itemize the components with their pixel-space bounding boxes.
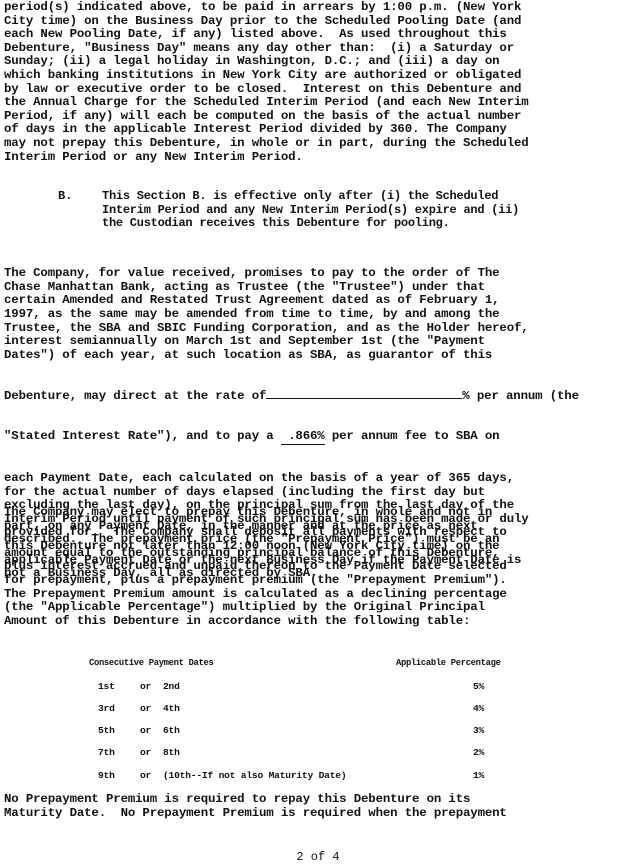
applicable-percentage: 4% [473,703,484,714]
paragraph-interest-computation: period(s) indicated above, to be paid in… [4,1,636,164]
text-line: Trustee, the SBA and SBIC Funding Corpor… [4,322,636,336]
rate-line: Debenture, may direct at the rate of% pe… [4,390,636,404]
text-line: The Company may elect to prepay this Deb… [4,506,636,520]
text-line: Period, if any) will each be computed on… [4,110,636,124]
text-line: Interim Period and any New Interim Perio… [102,204,519,218]
text-line: amount equal to the outstanding principa… [4,547,636,561]
text-line: of days in the applicable Interest Perio… [4,123,636,137]
text-line: by law or executive order to be closed. … [4,83,636,97]
text-line: Interim Period or any New Interim Period… [4,151,636,165]
payment-from: 9th [98,770,115,781]
text-line: 1997, as the same may be amended from ti… [4,308,636,322]
text-line: Amount of this Debenture in accordance w… [4,615,636,629]
table-header-payment-dates: Consecutive Payment Dates [89,658,213,668]
applicable-percentage: 5% [473,681,484,692]
payment-from: 5th [98,725,115,736]
text-line: certain Amended and Restated Trust Agree… [4,294,636,308]
fee-line: "Stated Interest Rate"), and to pay a .8… [4,430,636,445]
payment-to: 4th [163,703,180,714]
text-line: which banking institutions in New York C… [4,69,636,83]
text-line: Dates") of each year, at such location a… [4,349,636,363]
text-line: City time) on the Business Day prior to … [4,15,636,29]
text-line: Debenture, "Business Day" means any day … [4,42,636,56]
or-word: or [140,703,151,714]
applicable-percentage: 1% [473,770,484,781]
payment-to: 6th [163,725,180,736]
text-line: Chase Manhattan Bank, acting as Trustee … [4,281,636,295]
text-line: may not prepay this Debenture, in whole … [4,137,636,151]
page-number: 2 of 4 [0,850,636,864]
text-line: the Custodian receives this Debenture fo… [102,217,519,231]
payment-to: 2nd [163,681,180,692]
annual-fee-value: .866% [281,430,325,445]
interest-rate-blank [266,398,462,399]
text-line: (the "Applicable Percentage") multiplied… [4,601,636,615]
text-line: This Section B. is effective only after … [102,190,519,204]
text-line: plus interest accrued and unpaid thereon… [4,560,636,574]
section-b-text: This Section B. is effective only after … [102,190,519,231]
table-header-applicable-percentage: Applicable Percentage [396,658,501,668]
text-line: The Prepayment Premium amount is calcula… [4,588,636,602]
text-line: No Prepayment Premium is required to rep… [4,793,636,807]
payment-from: 3rd [98,703,115,714]
text-line: The Company, for value received, promise… [4,267,636,281]
text-line: Sunday; (ii) a legal holiday in Washingt… [4,55,636,69]
text-line: interest semiannually on March 1st and S… [4,335,636,349]
text-line: part, on any Payment Date, in the manner… [4,520,636,534]
text-line: Maturity Date. No Prepayment Premium is … [4,807,636,821]
paragraph-maturity: No Prepayment Premium is required to rep… [4,793,636,820]
text-line: described. The prepayment price (the "Pr… [4,533,636,547]
text-line: period(s) indicated above, to be paid in… [4,1,636,15]
text-line: each New Pooling Date, if any) listed ab… [4,28,636,42]
or-word: or [140,681,151,692]
or-word: or [140,725,151,736]
payment-to: 8th [163,747,180,758]
text-line: for prepayment, plus a prepayment premiu… [4,574,636,588]
payment-from: 7th [98,747,115,758]
text-line: each Payment Date, each calculated on th… [4,472,636,486]
section-b-number: B. [58,190,72,204]
paragraph-prepayment: The Company may elect to prepay this Deb… [4,506,636,628]
applicable-percentage: 3% [473,725,484,736]
document-page: period(s) indicated above, to be paid in… [0,0,636,868]
applicable-percentage: 2% [473,747,484,758]
or-word: or [140,770,151,781]
payment-from: 1st [98,681,115,692]
payment-to: (10th--If not also Maturity Date) [163,770,346,781]
or-word: or [140,747,151,758]
text-line: the Annual Charge for the Scheduled Inte… [4,96,636,110]
text-line: for the actual number of days elapsed (i… [4,486,636,500]
